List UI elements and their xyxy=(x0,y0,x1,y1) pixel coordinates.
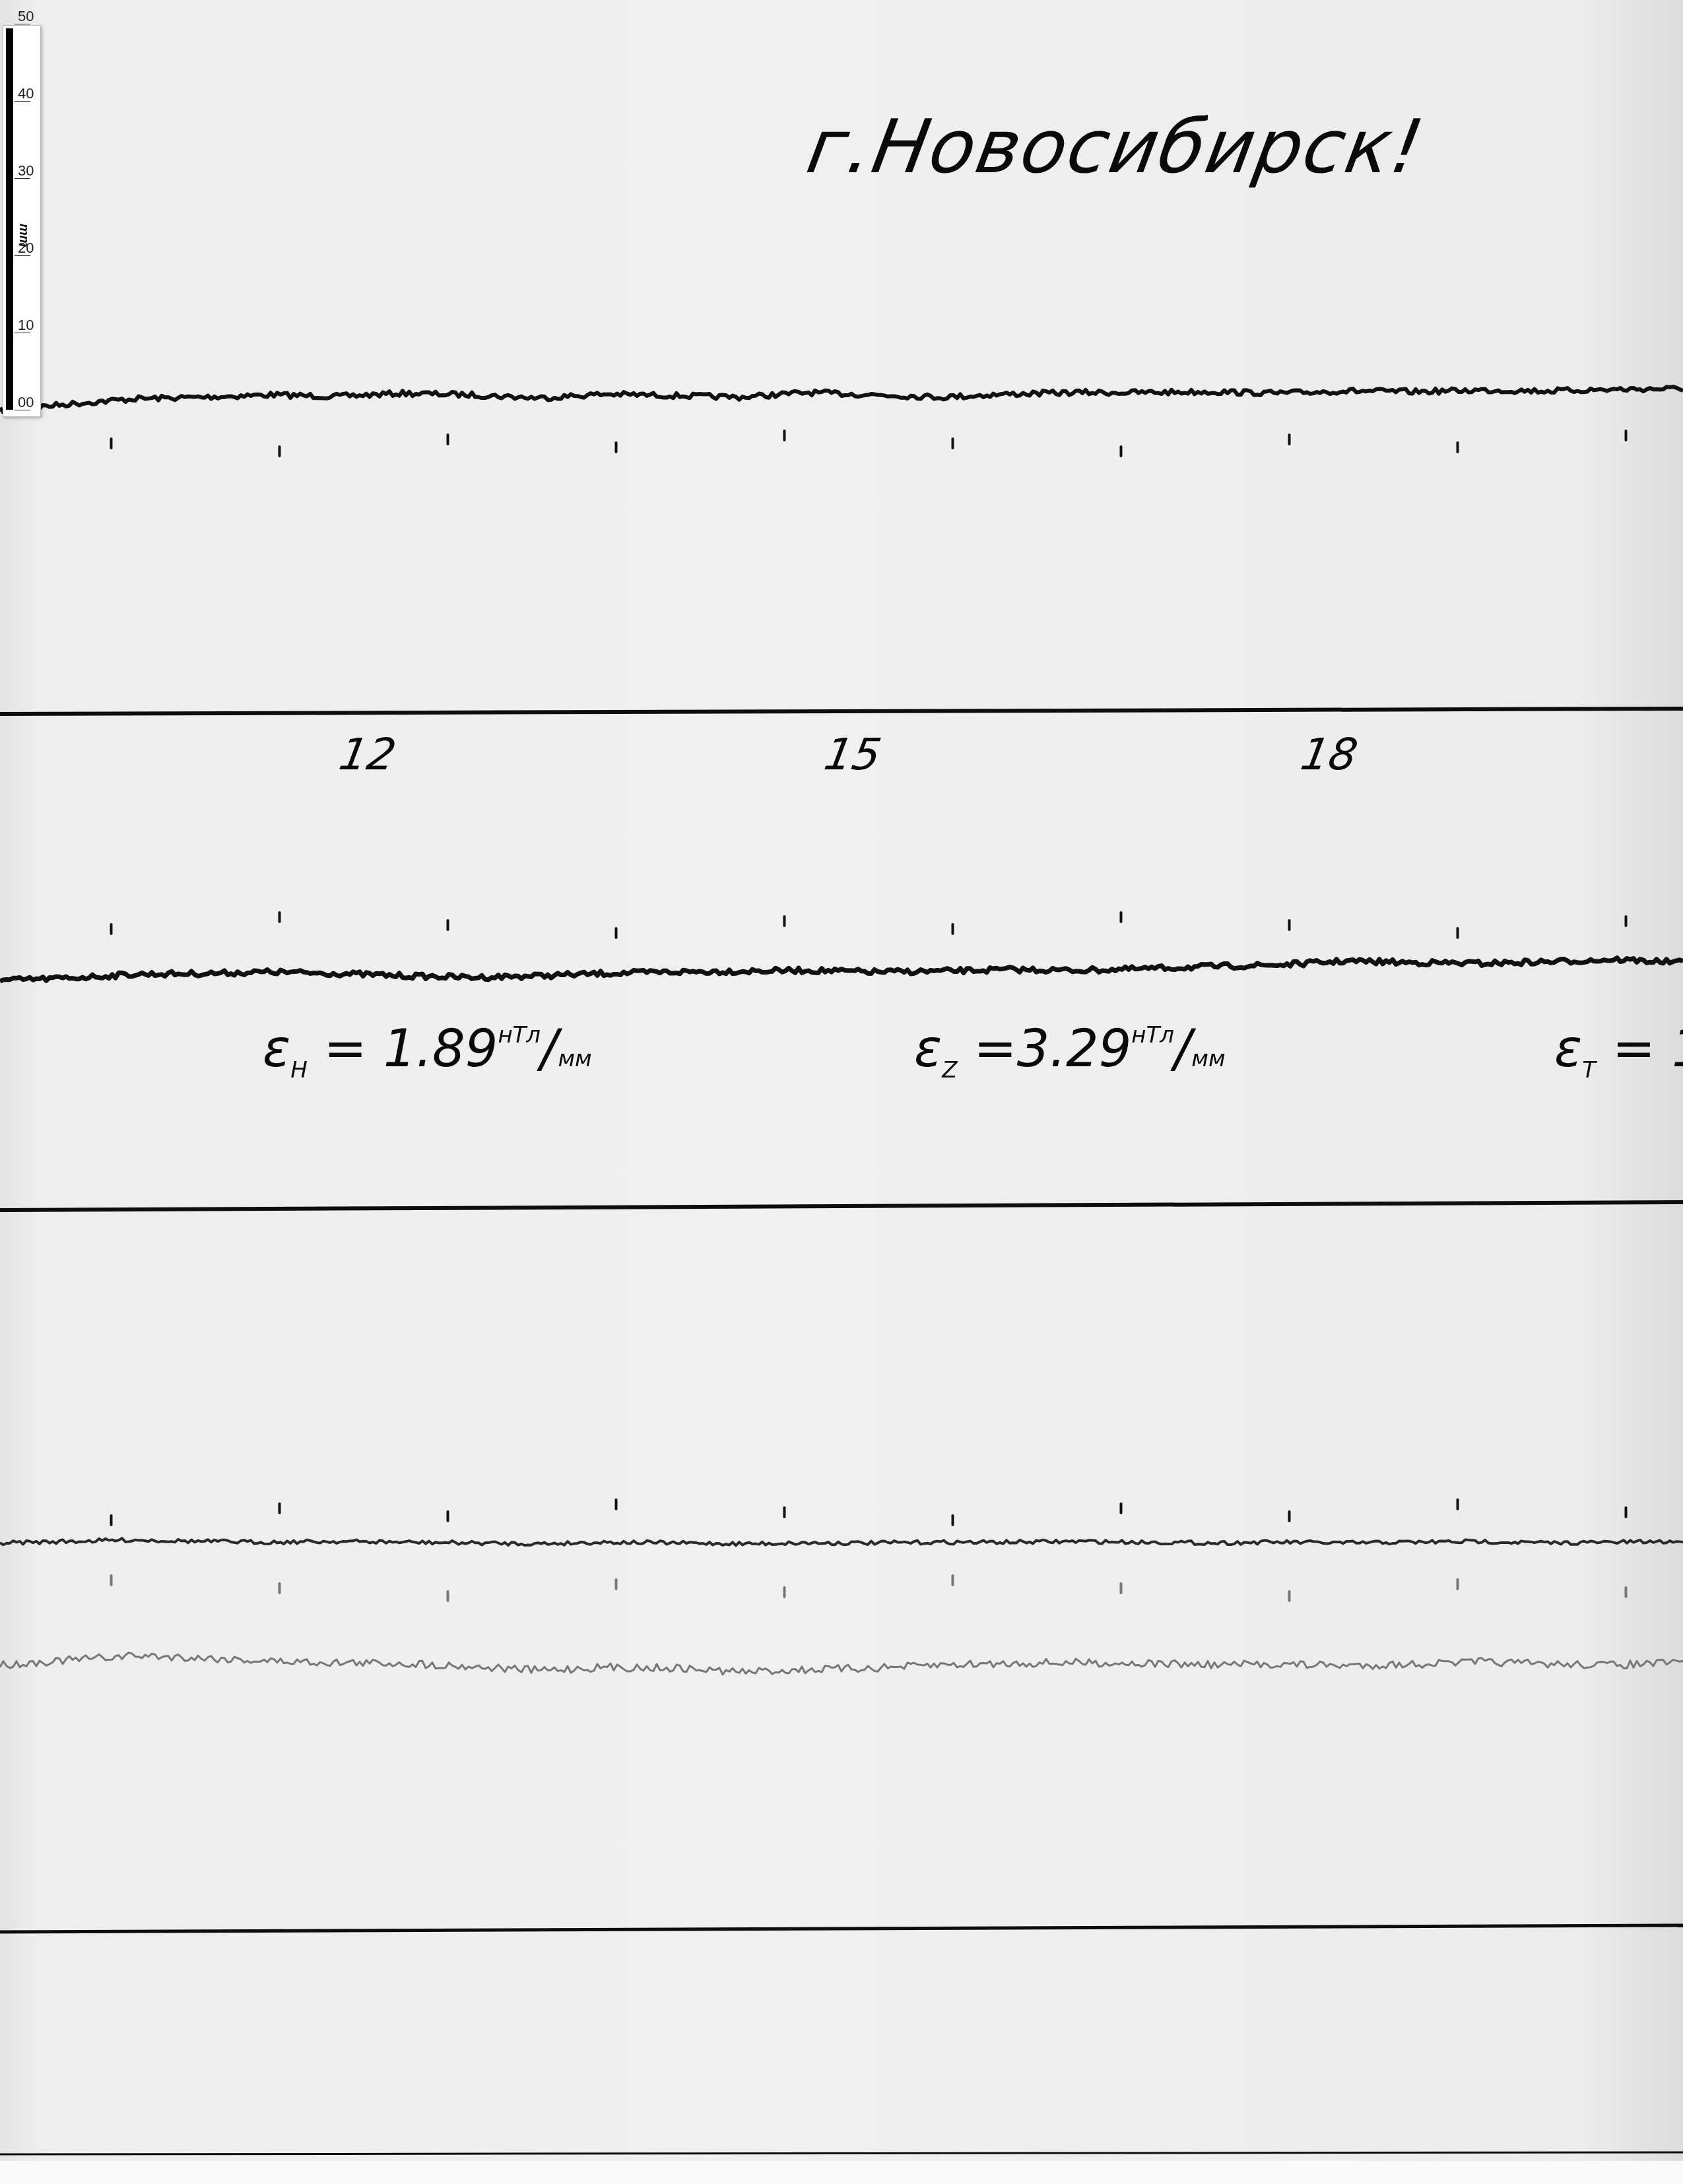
ruler-tick xyxy=(15,333,30,333)
unit-denominator: мм xyxy=(558,1046,591,1072)
unit-numerator: нТл xyxy=(498,1022,541,1048)
trace-1 xyxy=(0,958,1683,982)
trace-0 xyxy=(0,387,1683,412)
ruler-tick xyxy=(15,178,30,179)
trace-3 xyxy=(0,1653,1683,1675)
scale-value-z: εZ =3.29нТл/мм xyxy=(914,1019,1226,1083)
ruler-tick-label: 40 xyxy=(18,85,34,102)
epsilon-symbol: ε xyxy=(914,1019,942,1079)
traces xyxy=(0,387,1683,1675)
station-title: г.Новосибирск! xyxy=(801,104,1431,190)
scale-value: 1.89 xyxy=(383,1019,498,1079)
mm-scale-ruler: 001020304050 mm xyxy=(3,25,41,417)
scale-value-t: εT = 1 xyxy=(1554,1019,1683,1083)
unit-denominator: мм xyxy=(1191,1046,1225,1072)
component-label: T xyxy=(1582,1057,1596,1083)
ruler-tick xyxy=(15,24,30,24)
ruler-tick xyxy=(15,255,30,256)
ruler-bar xyxy=(6,28,13,410)
scale-value-h: εH = 1.89нТл/мм xyxy=(263,1019,592,1083)
hour-marks xyxy=(112,431,1626,1601)
ruler-unit: mm xyxy=(16,224,31,247)
unit-numerator: нТл xyxy=(1131,1022,1174,1048)
scale-value: 3.29 xyxy=(1017,1019,1132,1079)
hour-label-18: 18 xyxy=(1297,729,1362,780)
ruler-tick-label: 10 xyxy=(18,317,34,334)
ruler-tick xyxy=(15,101,30,102)
epsilon-symbol: ε xyxy=(1554,1019,1582,1079)
magnetogram-plot xyxy=(0,0,1683,2184)
ruler-tick-label: 00 xyxy=(18,394,34,411)
ruler-tick-label: 50 xyxy=(18,8,34,25)
trace-2 xyxy=(0,1538,1683,1545)
component-label: H xyxy=(290,1057,308,1083)
separator-lines xyxy=(0,709,1683,2154)
epsilon-symbol: ε xyxy=(263,1019,290,1079)
hour-label-15: 15 xyxy=(820,729,885,780)
scale-value: 1 xyxy=(1672,1019,1683,1079)
ruler-tick-label: 30 xyxy=(18,162,34,179)
hour-label-12: 12 xyxy=(335,729,400,780)
ruler-tick xyxy=(15,410,30,410)
component-label: Z xyxy=(942,1057,957,1083)
